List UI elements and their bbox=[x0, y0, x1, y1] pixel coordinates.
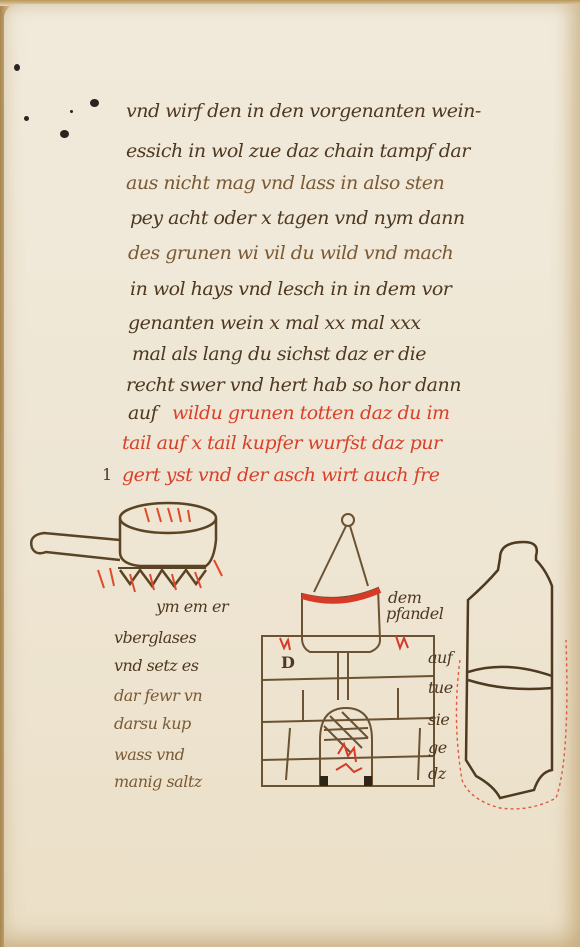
furnace-foot bbox=[320, 776, 328, 786]
caption-line: vnd setz es bbox=[114, 656, 198, 675]
flame-icon bbox=[280, 636, 408, 772]
caption-line: sie bbox=[428, 710, 449, 729]
flame-icon bbox=[98, 508, 222, 592]
caption-line: wass vnd bbox=[114, 745, 184, 764]
furnace-foot bbox=[364, 776, 372, 786]
flame-icon bbox=[456, 640, 566, 809]
caption-line: auf bbox=[428, 648, 452, 667]
caption-line: vberglases bbox=[114, 628, 196, 647]
caption-line: ge bbox=[428, 738, 447, 757]
caption-line: dar fewr vn bbox=[114, 686, 202, 705]
caption-line: pfandel bbox=[386, 604, 443, 623]
caption-line: manig saltz bbox=[114, 772, 202, 791]
caption-line: ym em er bbox=[156, 597, 228, 616]
vessel-drawing bbox=[466, 542, 552, 798]
illustrations bbox=[0, 0, 580, 947]
furnace-drawing bbox=[262, 514, 434, 786]
caption-line: tue bbox=[428, 678, 453, 697]
furnace-marker: D bbox=[281, 653, 294, 672]
caption-line: darsu kup bbox=[114, 714, 191, 733]
caption-line: dz bbox=[428, 764, 446, 783]
